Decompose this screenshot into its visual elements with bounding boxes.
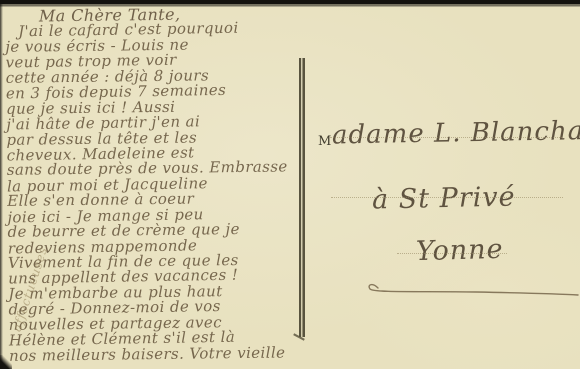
card-edge-left	[0, 0, 3, 369]
handwritten-message: Ma Chère Tante,J'ai le cafard c'est pour…	[5, 5, 311, 364]
address-department: Yonne	[416, 234, 504, 267]
address-dotted-rule-1	[330, 137, 562, 138]
pen-flourish-underline	[366, 278, 580, 300]
address-dotted-rule-2	[331, 197, 563, 198]
address-dotted-rule-3	[397, 253, 507, 254]
address-recipient-name: adame L. Blanchaud	[332, 115, 580, 150]
address-locality: à St Privé	[372, 182, 516, 216]
postcard-back: Ma Chère Tante,J'ai le cafard c'est pour…	[0, 0, 580, 369]
divider-rule	[299, 58, 305, 337]
